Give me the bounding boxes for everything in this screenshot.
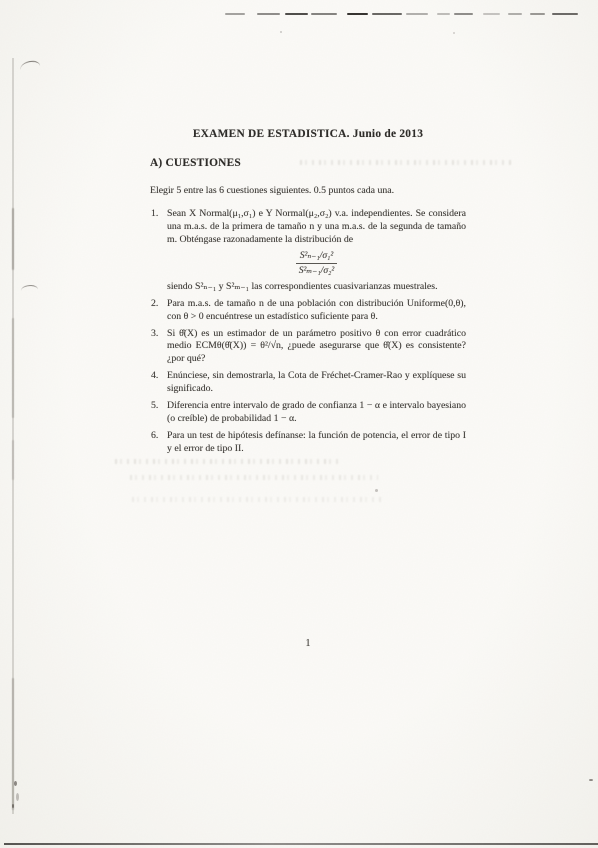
question-text: Para m.a.s. de tamaño n de una población…: [167, 298, 466, 322]
question-text: Diferencia entre intervalo de grado de c…: [167, 400, 466, 424]
question-5: 5. Diferencia entre intervalo de grado d…: [150, 400, 466, 426]
question-6: 6. Para un test de hipótesis defínanse: …: [150, 430, 466, 456]
scan-smudge: [12, 440, 15, 480]
scan-smudge: [12, 318, 15, 418]
question-text: Enúnciese, sin demostrarla, la Cota de F…: [167, 370, 466, 394]
exam-instructions: Elegir 5 entre las 6 cuestiones siguient…: [150, 185, 466, 198]
scan-bottom-edge-artifact: [4, 843, 598, 845]
question-number: 3.: [151, 328, 158, 341]
scan-dash: [437, 13, 450, 15]
fraction-denominator: S²ₘ₋₁/σ₂²: [296, 264, 338, 278]
scan-speck: [453, 32, 455, 34]
question-text: Para un test de hipótesis defínanse: la …: [167, 430, 466, 454]
scan-dash: [454, 13, 473, 15]
scan-dash: [311, 13, 337, 15]
scan-dash: [406, 13, 428, 15]
scan-dash: [257, 13, 280, 15]
scan-smudge: [12, 208, 15, 270]
question-4: 4. Enúnciese, sin demostrarla, la Cota d…: [150, 370, 466, 396]
scan-dash: [483, 13, 500, 15]
scan-dash: [225, 13, 245, 15]
scan-speck: [375, 489, 378, 492]
scan-speck: [280, 31, 282, 33]
scan-dash: [508, 13, 522, 15]
scan-bleedthrough: [115, 459, 343, 464]
fraction-numerator: S²ₙ₋₁/σ₁²: [296, 250, 338, 264]
question-number: 1.: [151, 208, 158, 221]
scan-speck: [16, 793, 19, 801]
scan-bleedthrough: [132, 497, 384, 502]
scan-speck: [589, 779, 593, 781]
question-3: 3. Si θ̂(X) es un estimador de un paráme…: [150, 328, 466, 367]
scan-dash: [285, 13, 308, 15]
scan-dash: [552, 13, 578, 15]
page-title: EXAMEN DE ESTADISTICA. Junio de 2013: [150, 128, 466, 141]
exam-content: EXAMEN DE ESTADISTICA. Junio de 2013 A) …: [150, 128, 466, 460]
question-text: Si θ̂(X) es un estimador de un parámetro…: [167, 328, 466, 365]
question-2: 2. Para m.a.s. de tamaño n de una poblac…: [150, 298, 466, 324]
scan-pen-mark: [21, 285, 38, 292]
scan-speck: [12, 804, 14, 808]
section-heading: A) CUESTIONES: [150, 157, 466, 170]
scanned-exam-page: EXAMEN DE ESTADISTICA. Junio de 2013 A) …: [0, 0, 598, 848]
scan-dash: [372, 13, 402, 15]
scan-bleedthrough: [130, 475, 378, 480]
question-number: 5.: [151, 400, 158, 413]
question-text: Sean X Normal(μ₁,σ₁) e Y Normal(μ₂,σ₂) v…: [167, 208, 466, 245]
scan-dash: [347, 13, 368, 15]
formula: S²ₙ₋₁/σ₁² S²ₘ₋₁/σ₂²: [167, 250, 466, 277]
page-number: 1: [150, 638, 466, 649]
scan-speck: [14, 781, 17, 786]
question-number: 6.: [151, 430, 158, 443]
fraction: S²ₙ₋₁/σ₁² S²ₘ₋₁/σ₂²: [296, 250, 338, 277]
question-1: 1. Sean X Normal(μ₁,σ₁) e Y Normal(μ₂,σ₂…: [150, 208, 466, 294]
scan-left-edge-artifact: [12, 58, 14, 814]
scan-dash: [530, 13, 545, 15]
scan-pen-mark: [20, 60, 41, 69]
scan-smudge: [12, 678, 15, 810]
question-text-after-formula: siendo S²ₙ₋₁ y S²ₘ₋₁ las correspondiente…: [167, 281, 466, 294]
question-number: 4.: [151, 370, 158, 383]
question-number: 2.: [151, 298, 158, 311]
